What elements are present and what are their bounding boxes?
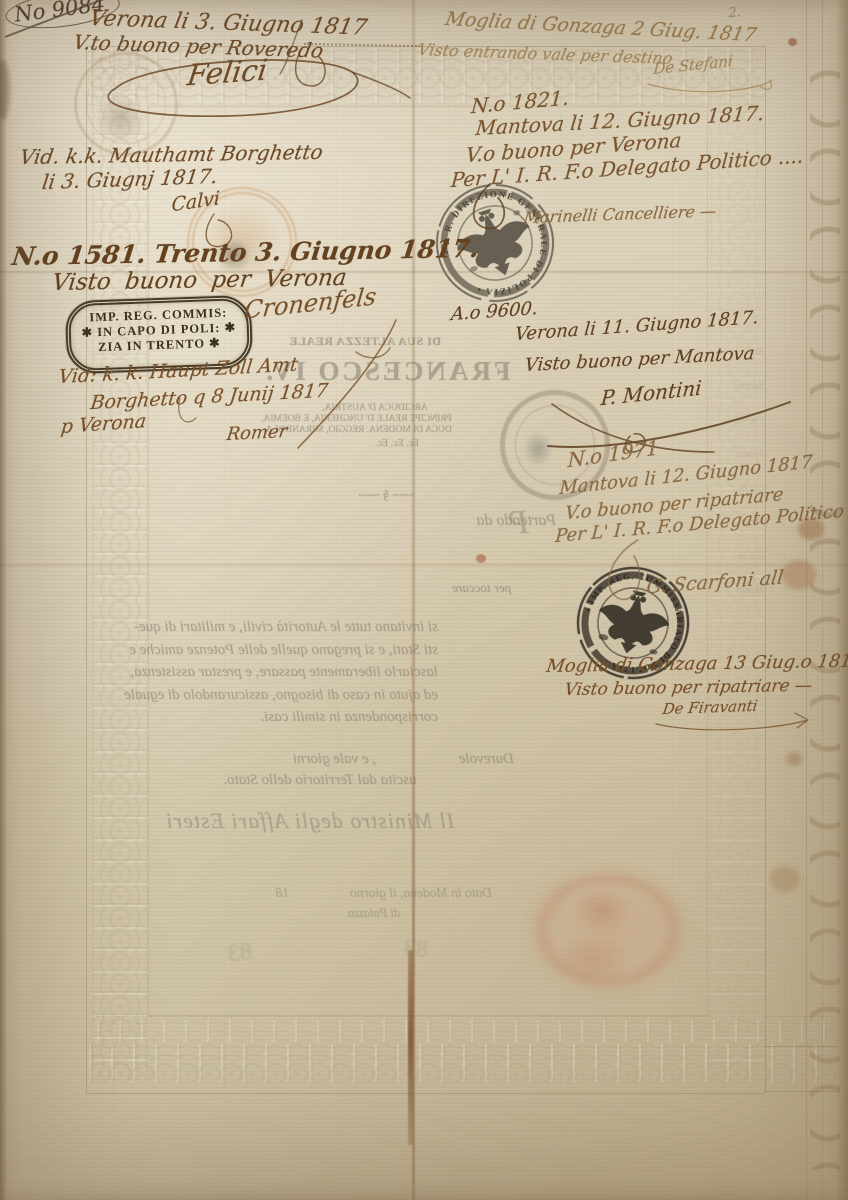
right-margin-fold-line-2 — [822, 0, 823, 1200]
showthrough-body-line: corrispondenza in simili casi. — [86, 706, 438, 729]
stain-red-dot-middle — [476, 554, 486, 563]
visa-moglia-entry-date: Moglia di Gonzaga 2 Giug. 1817 — [443, 8, 758, 46]
showthrough-partendo-capital: P — [508, 504, 529, 542]
showthrough-durevole-block: Durevole , e vale giorni uscita dal Terr… — [122, 749, 514, 791]
showthrough-subtitle-3: DUCA DI MODENA, REGGIO, MIRANDOLA, — [294, 425, 452, 435]
showthrough-body-line: lasciarlo liberamente passare, e prestar… — [86, 661, 438, 684]
stain-red-dot-top — [788, 38, 797, 46]
showthrough-royal-header: DI SUA ALTEZZA REALE — [280, 334, 450, 349]
showthrough-body-paragraph: si invitano tutte le Autorità civili, e … — [86, 616, 438, 729]
showthrough-body-line: sti Stati, e si pregano quelle delle Pot… — [86, 639, 438, 662]
horizontal-fold-crease-upper — [0, 271, 848, 273]
visa-roveredo-signature: Felici — [185, 52, 269, 92]
embossed-seal-smudge — [95, 95, 147, 143]
showthrough-desc-label: Capelli — [700, 404, 764, 438]
embossed-seal-top-left — [74, 52, 178, 156]
visa-moglia-return-signature: De Firavanti — [661, 697, 758, 718]
page-corner-mark: 2. — [728, 5, 741, 21]
red-seal-blotch — [558, 936, 628, 986]
showthrough-partendo-da: Partendo da — [428, 512, 556, 530]
showthrough-subtitle-2: PRINCIPE REALE D' UNGHERIA, E BOEMIA, — [296, 414, 452, 424]
stain-brown-edge-small — [786, 752, 802, 766]
stain-brown-edge-lower — [770, 866, 800, 892]
showthrough-durevole-line: Durevole , e vale giorni — [122, 749, 514, 770]
showthrough-body-line: ed ajuto in caso di bisogno, assicurando… — [86, 684, 438, 707]
showthrough-mark-right: 83 — [403, 935, 429, 964]
showthrough-minister-line: Il Ministro degli Affari Esteri — [150, 808, 470, 834]
passport-scan-page: DI SUA ALTEZZA REALE FRANCESCO IV. ARCID… — [0, 0, 848, 1200]
fold-stain-bottom — [408, 950, 413, 1145]
showthrough-mark-left: 83 — [226, 938, 254, 968]
red-seal-blotch — [574, 888, 630, 932]
showthrough-subtitle-1: ARCIDUCA D' AUSTRIA, — [300, 403, 450, 413]
showthrough-territorio-line: uscita dal Territorio dello Stato. — [122, 770, 514, 791]
showthrough-desc-label: Statura — [700, 370, 764, 404]
visa-moglia-return-date: Moglia di Gonzaga 13 Giug.o 1817 — [545, 650, 848, 677]
showthrough-body-line: si invitano tutte le Autorità civili, e … — [86, 616, 438, 639]
borghetto-zollamt-signature: Romer — [225, 421, 288, 445]
faded-stamp-verona-blob — [523, 431, 553, 467]
page-left-edge-shading — [0, 0, 7, 1200]
showthrough-dato-line: Dato in Modena, il giorno 18 — [172, 885, 492, 901]
showthrough-palazzo-line: di Palazzo — [324, 906, 424, 921]
stain-brown-right-1 — [798, 518, 824, 540]
visa-moglia-return-visto: Visto buono per ripatriare — — [563, 676, 813, 700]
stain-brown-right-2 — [782, 560, 816, 590]
page-right-edge-shading — [836, 0, 848, 1200]
showthrough-ornament: ~~~ § ~~~ — [330, 487, 442, 503]
red-seal-showthrough — [516, 858, 700, 1002]
right-margin-fold-line — [806, 0, 807, 1200]
showthrough-per-toccare: per toccare — [452, 580, 511, 596]
horizontal-fold-crease-middle — [0, 564, 848, 566]
